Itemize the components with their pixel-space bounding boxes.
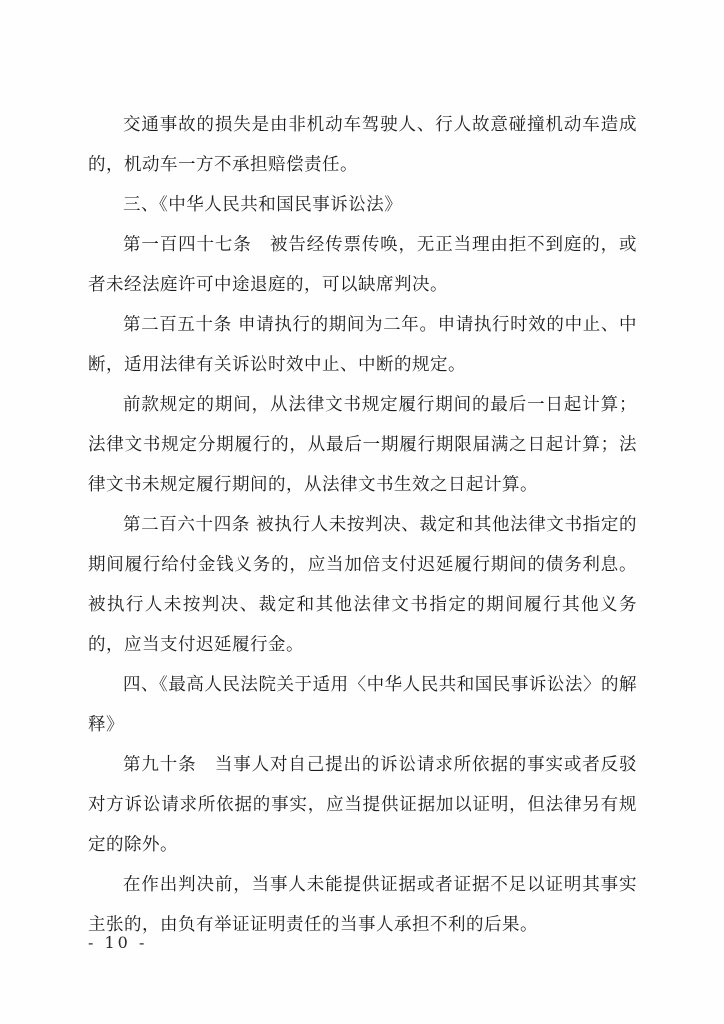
paragraph-article-250: 第二百五十条 申请执行的期间为二年。申请执行时效的中止、中断，适用法律有关诉讼时… bbox=[88, 305, 637, 385]
paragraph-article-264: 第二百六十四条 被执行人未按判决、裁定和其他法律文书指定的期间履行给付金钱义务的… bbox=[88, 505, 637, 665]
document-body: 交通事故的损失是由非机动车驾驶人、行人故意碰撞机动车造成的，机动车一方不承担赔偿… bbox=[88, 105, 637, 945]
paragraph-article-90-continued: 在作出判决前，当事人未能提供证据或者证据不足以证明其事实主张的，由负有举证证明责… bbox=[88, 865, 637, 945]
paragraph-article-90: 第九十条 当事人对自己提出的诉讼请求所依据的事实或者反驳对方诉讼请求所依据的事实… bbox=[88, 745, 637, 865]
section-heading-civil-procedure-law: 三、《中华人民共和国民事诉讼法》 bbox=[88, 185, 637, 225]
page-number: - 10 - bbox=[88, 933, 147, 952]
paragraph-article-147: 第一百四十七条 被告经传票传唤，无正当理由拒不到庭的，或者未经法庭许可中途退庭的… bbox=[88, 225, 637, 305]
paragraph-article-250-continued: 前款规定的期间，从法律文书规定履行期间的最后一日起计算；法律文书规定分期履行的，… bbox=[88, 385, 637, 505]
page-footer: - 10 - bbox=[88, 933, 147, 952]
section-heading-spc-interpretation: 四、《最高人民法院关于适用〈中华人民共和国民事诉讼法〉的解释》 bbox=[88, 665, 637, 745]
document-page: 交通事故的损失是由非机动车驾驶人、行人故意碰撞机动车造成的，机动车一方不承担赔偿… bbox=[0, 0, 724, 1024]
paragraph-traffic-accident-liability: 交通事故的损失是由非机动车驾驶人、行人故意碰撞机动车造成的，机动车一方不承担赔偿… bbox=[88, 105, 637, 185]
